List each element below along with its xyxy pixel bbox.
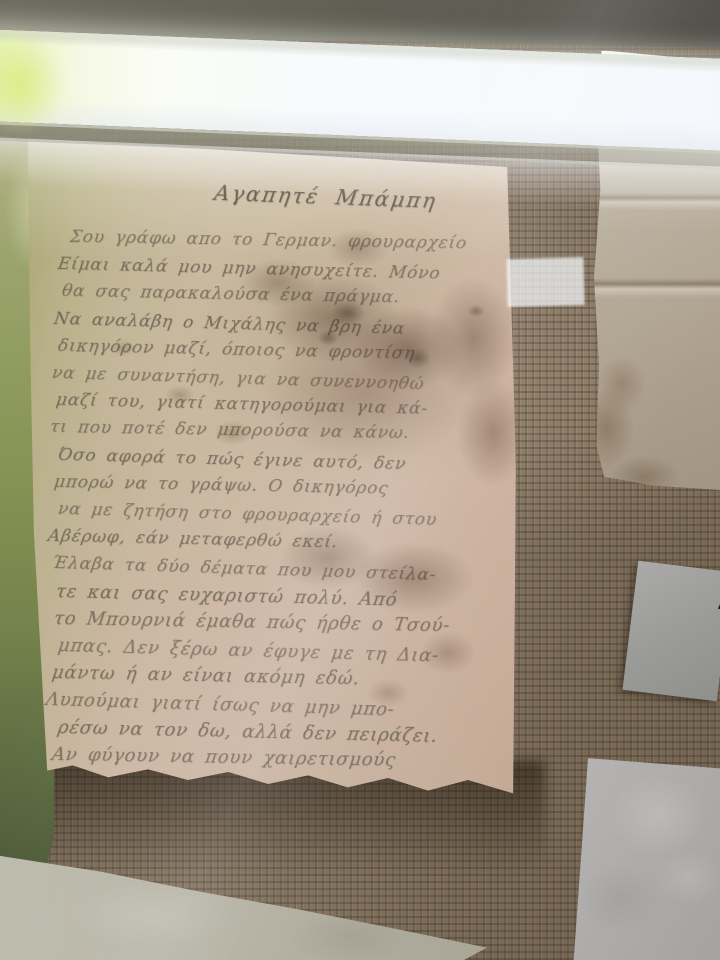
handwritten-letter: Αγαπητέ Μπάμπη Σου γράφω απο το Γερμαν. … (28, 133, 520, 800)
letter-line: Αβέρωφ, εάν μεταφερθώ εκεί. (47, 526, 340, 553)
letter-line: μάντω ή αν είναι ακόμη εδώ. (50, 662, 361, 689)
letter-line: Έλαβα τα δύο δέματα που μου στείλα- (50, 553, 437, 585)
letter-page: Αγαπητέ Μπάμπη Σου γράφω απο το Γερμαν. … (28, 133, 520, 800)
letter-line: Λυπούμαι γιατί ίσως να μην μπο- (44, 689, 396, 720)
display-case-photo: Αγαπητέ Μπάμπη Σου γράφω απο το Γερμαν. … (0, 0, 720, 960)
tube-green-glow (0, 32, 125, 136)
glass-reflection (506, 257, 584, 307)
label-card (622, 561, 720, 702)
letter-line: να με ζητήση στο φρουραρχείο ή στου (56, 499, 438, 530)
letter-line: Σου γράφω απο το Γερμαν. φρουραρχείο (69, 227, 469, 254)
letter-line: μπας. Δεν ξέρω αν έφυγε με τη Δια- (56, 635, 440, 667)
letter-line: μπορώ να το γράψω. Ο δικηγόρος (53, 472, 390, 499)
pale-paper-bottom-right (566, 754, 720, 960)
letter-line: Να αναλάβη ο Μιχάλης να βρη ένα (52, 309, 406, 339)
letter-line: μαζί του, γιατί κατηγορούμαι για κά- (55, 390, 430, 419)
letter-line: Είμαι καλά μου μην ανησυχείτε. Μόνο (57, 254, 442, 284)
letter-line: δικηγόρον μαζί, όποιος να φροντίση (57, 336, 417, 364)
letter-line: ρέσω να τον δω, αλλά δεν πειράζει. (56, 717, 439, 747)
letter-line: το Μπουρνιά έμαθα πώς ήρθε ο Τσού- (53, 608, 452, 636)
letter-line: Όσο αφορά το πώς έγινε αυτό, δεν (57, 445, 408, 474)
letter-line: τε και σας ευχαριστώ πολύ. Από (54, 581, 398, 611)
letter-line: θα σας παρακαλούσα ένα πράγμα. (61, 281, 402, 307)
letter-line: να με συναντήση, για να συνεννοηθώ (50, 363, 425, 394)
letter-line: τι που ποτέ δεν μπορούσα να κάνω. (49, 417, 411, 443)
letter-line: Αν φύγουν να πουν χαιρετισμούς (51, 744, 398, 771)
